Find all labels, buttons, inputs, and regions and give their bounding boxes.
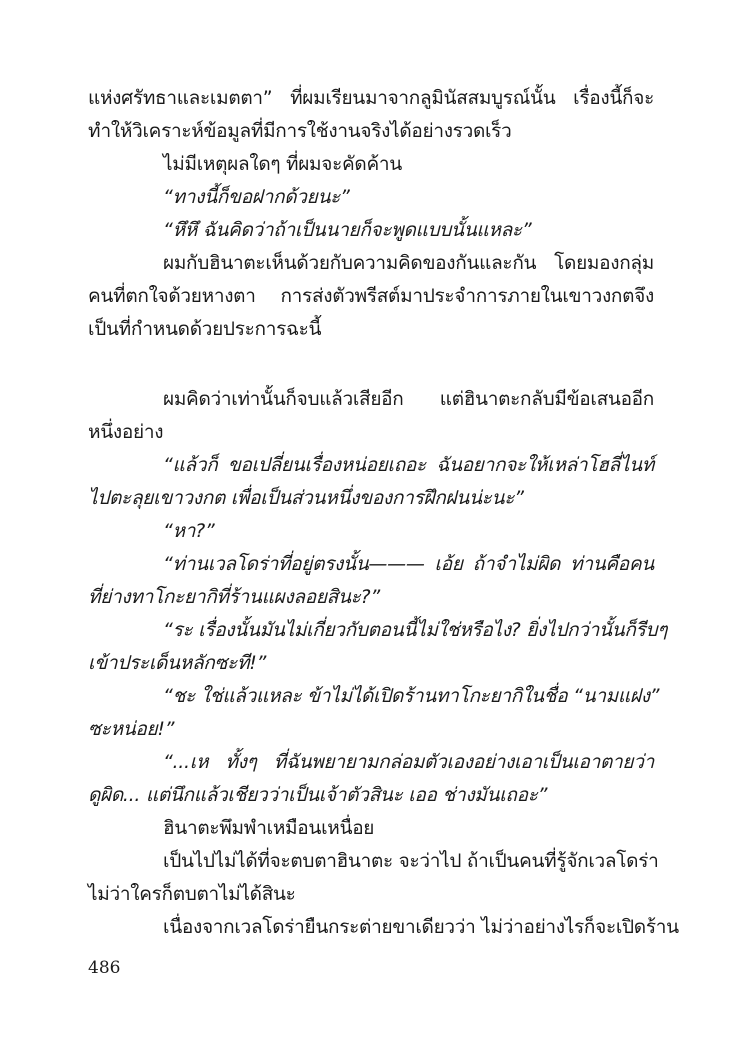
text-line: เป็นที่กำหนดด้วยประการฉะนี้ bbox=[88, 313, 654, 346]
text-line: เป็นไปไม่ได้ที่จะตบตาฮินาตะ จะว่าไป ถ้าเ… bbox=[88, 845, 654, 878]
dialogue-line: เข้าประเด็นหลักซะที!” bbox=[88, 647, 654, 680]
text-line: ไม่ว่าใครก็ตบตาไม่ได้สินะ bbox=[88, 878, 654, 911]
dialogue-line: “หึหึ ฉันคิดว่าถ้าเป็นนายก็จะพูดแบบนั้นแ… bbox=[88, 214, 654, 247]
page-number: 486 bbox=[88, 958, 120, 978]
text-line: ผมกับฮินาตะเห็นด้วยกับความคิดของกันและกั… bbox=[88, 247, 654, 280]
dialogue-line: “ท่านเวลโดร่าที่อยู่ตรงนั้น——— เอ้ย ถ้าจ… bbox=[88, 548, 654, 581]
text-line: ไม่มีเหตุผลใดๆ ที่ผมจะคัดค้าน bbox=[88, 148, 654, 181]
dialogue-line: ซะหน่อย!” bbox=[88, 713, 654, 746]
text-line: ทำให้วิเคราะห์ข้อมูลที่มีการใช้งานจริงได… bbox=[88, 115, 654, 148]
section-break bbox=[88, 346, 654, 383]
dialogue-line: ที่ย่างทาโกะยากิที่ร้านแผงลอยสินะ?” bbox=[88, 581, 654, 614]
dialogue-line: “หา?” bbox=[88, 515, 654, 548]
dialogue-line: “ระ เรื่องนั้นมันไม่เกี่ยวกับตอนนี้ไม่ใช… bbox=[88, 614, 654, 647]
text-line: เนื่องจากเวลโดร่ายืนกระต่ายขาเดียวว่า ไม… bbox=[88, 911, 654, 944]
dialogue-line: “ทางนี้ก็ขอฝากด้วยนะ” bbox=[88, 181, 654, 214]
text-line: แห่งศรัทธาและเมตตา” ที่ผมเรียนมาจากลูมิน… bbox=[88, 82, 654, 115]
document-page: แห่งศรัทธาและเมตตา” ที่ผมเรียนมาจากลูมิน… bbox=[88, 82, 654, 944]
dialogue-line: “ชะ ใช่แล้วแหละ ข้าไม่ได้เปิดร้านทาโกะยา… bbox=[88, 680, 654, 713]
text-line: คนที่ตกใจด้วยหางตา การส่งตัวพรีสต์มาประจ… bbox=[88, 280, 654, 313]
dialogue-line: ดูผิด... แต่นึกแล้วเชียวว่าเป็นเจ้าตัวสิ… bbox=[88, 779, 654, 812]
dialogue-line: “...เห ทั้งๆ ที่ฉันพยายามกล่อมตัวเองอย่า… bbox=[88, 746, 654, 779]
dialogue-line: “แล้วก็ ขอเปลี่ยนเรื่องหน่อยเถอะ ฉันอยาก… bbox=[88, 449, 654, 482]
text-line: ฮินาตะพึมพำเหมือนเหนื่อย bbox=[88, 812, 654, 845]
text-line: ผมคิดว่าเท่านั้นก็จบแล้วเสียอีก แต่ฮินาต… bbox=[88, 383, 654, 416]
dialogue-line: ไปตะลุยเขาวงกต เพื่อเป็นส่วนหนึ่งของการฝ… bbox=[88, 482, 654, 515]
text-line: หนึ่งอย่าง bbox=[88, 416, 654, 449]
